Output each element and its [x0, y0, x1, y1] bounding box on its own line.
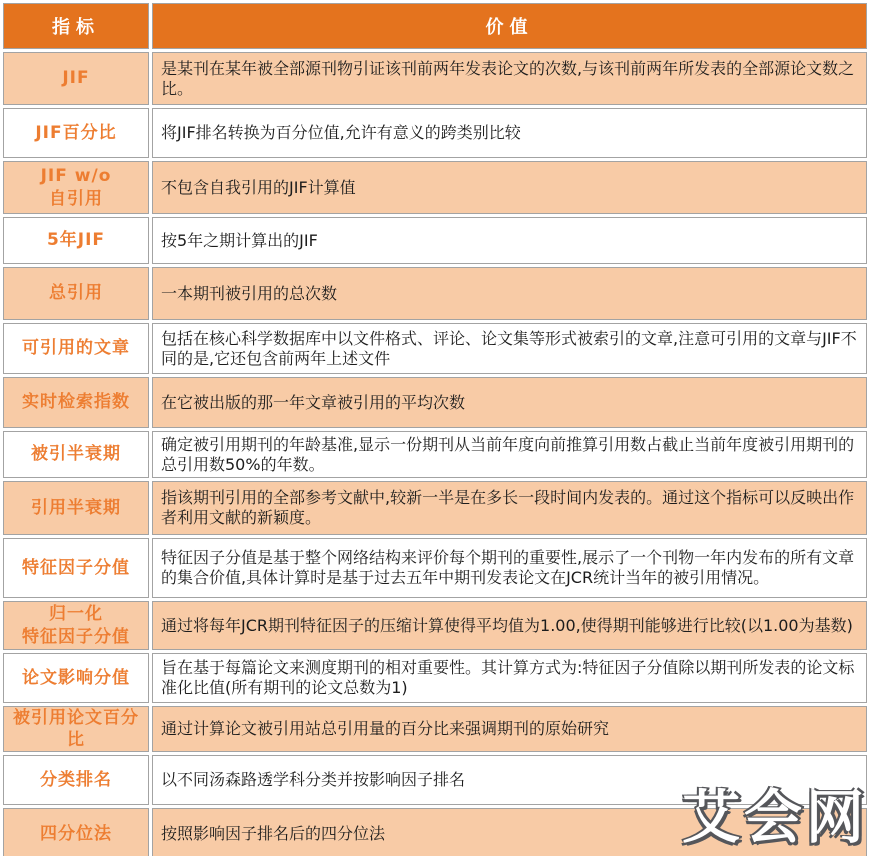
- journal-metrics-table: 指标 价值 JIF 是某刊在某年被全部源刊物引证该刊前两年发表论文的次数,与该刊…: [0, 0, 870, 856]
- indicator-cell: JIF: [3, 52, 149, 105]
- table-row: 总引用 一本期刊被引用的总次数: [3, 267, 867, 320]
- table-row: 可引用的文章 包括在核心科学数据库中以文件格式、评论、论文集等形式被索引的文章,…: [3, 323, 867, 374]
- value-cell: 将JIF排名转换为百分位值,允许有意义的跨类别比较: [152, 108, 867, 158]
- value-cell: 按照影响因子排名后的四分位法: [152, 808, 867, 856]
- indicator-cell: 被引用论文百分比: [3, 706, 149, 752]
- value-cell: 特征因子分值是基于整个网络结构来评价每个期刊的重要性,展示了一个刊物一年内发布的…: [152, 538, 867, 598]
- value-cell: 在它被出版的那一年文章被引用的平均次数: [152, 377, 867, 428]
- value-cell: 确定被引用期刊的年龄基准,显示一份期刊从当前年度向前推算引用数占截止当前年度被引…: [152, 431, 867, 478]
- table-row: 分类排名 以不同汤森路透学科分类并按影响因子排名: [3, 755, 867, 805]
- value-cell: 通过将每年JCR期刊特征因子的压缩计算使得平均值为1.00,使得期刊能够进行比较…: [152, 601, 867, 650]
- table-row: 实时检索指数 在它被出版的那一年文章被引用的平均次数: [3, 377, 867, 428]
- col-header-value: 价值: [152, 3, 867, 49]
- indicator-cell: JIF百分比: [3, 108, 149, 158]
- table-row: JIF 是某刊在某年被全部源刊物引证该刊前两年发表论文的次数,与该刊前两年所发表…: [3, 52, 867, 105]
- table-row: 论文影响分值 旨在基于每篇论文来测度期刊的相对重要性。其计算方式为:特征因子分值…: [3, 653, 867, 703]
- value-cell: 以不同汤森路透学科分类并按影响因子排名: [152, 755, 867, 805]
- table-row: 被引用论文百分比 通过计算论文被引用站总引用量的百分比来强调期刊的原始研究: [3, 706, 867, 752]
- table-row: JIF百分比 将JIF排名转换为百分位值,允许有意义的跨类别比较: [3, 108, 867, 158]
- indicator-cell: 四分位法: [3, 808, 149, 856]
- journal-metrics-page: 指标 价值 JIF 是某刊在某年被全部源刊物引证该刊前两年发表论文的次数,与该刊…: [0, 0, 870, 856]
- indicator-cell: JIF w/o 自引用: [3, 161, 149, 214]
- indicator-cell: 总引用: [3, 267, 149, 320]
- value-cell: 按5年之期计算出的JIF: [152, 217, 867, 264]
- table-row: 归一化 特征因子分值 通过将每年JCR期刊特征因子的压缩计算使得平均值为1.00…: [3, 601, 867, 650]
- indicator-cell: 引用半衰期: [3, 481, 149, 535]
- col-header-indicator: 指标: [3, 3, 149, 49]
- value-cell: 指该期刊引用的全部参考文献中,较新一半是在多长一段时间内发表的。通过这个指标可以…: [152, 481, 867, 535]
- table-row: 特征因子分值 特征因子分值是基于整个网络结构来评价每个期刊的重要性,展示了一个刊…: [3, 538, 867, 598]
- value-cell: 通过计算论文被引用站总引用量的百分比来强调期刊的原始研究: [152, 706, 867, 752]
- indicator-cell: 实时检索指数: [3, 377, 149, 428]
- value-cell: 不包含自我引用的JIF计算值: [152, 161, 867, 214]
- indicator-cell: 分类排名: [3, 755, 149, 805]
- table-row: 被引半衰期 确定被引用期刊的年龄基准,显示一份期刊从当前年度向前推算引用数占截止…: [3, 431, 867, 478]
- indicator-cell: 特征因子分值: [3, 538, 149, 598]
- indicator-cell: 归一化 特征因子分值: [3, 601, 149, 650]
- indicator-cell: 论文影响分值: [3, 653, 149, 703]
- indicator-cell: 被引半衰期: [3, 431, 149, 478]
- table-row: 5年JIF 按5年之期计算出的JIF: [3, 217, 867, 264]
- table-row: 四分位法 按照影响因子排名后的四分位法: [3, 808, 867, 856]
- value-cell: 旨在基于每篇论文来测度期刊的相对重要性。其计算方式为:特征因子分值除以期刊所发表…: [152, 653, 867, 703]
- indicator-cell: 可引用的文章: [3, 323, 149, 374]
- indicator-cell: 5年JIF: [3, 217, 149, 264]
- table-row: 引用半衰期 指该期刊引用的全部参考文献中,较新一半是在多长一段时间内发表的。通过…: [3, 481, 867, 535]
- value-cell: 包括在核心科学数据库中以文件格式、评论、论文集等形式被索引的文章,注意可引用的文…: [152, 323, 867, 374]
- value-cell: 是某刊在某年被全部源刊物引证该刊前两年发表论文的次数,与该刊前两年所发表的全部源…: [152, 52, 867, 105]
- value-cell: 一本期刊被引用的总次数: [152, 267, 867, 320]
- header-row: 指标 价值: [3, 3, 867, 49]
- table-row: JIF w/o 自引用 不包含自我引用的JIF计算值: [3, 161, 867, 214]
